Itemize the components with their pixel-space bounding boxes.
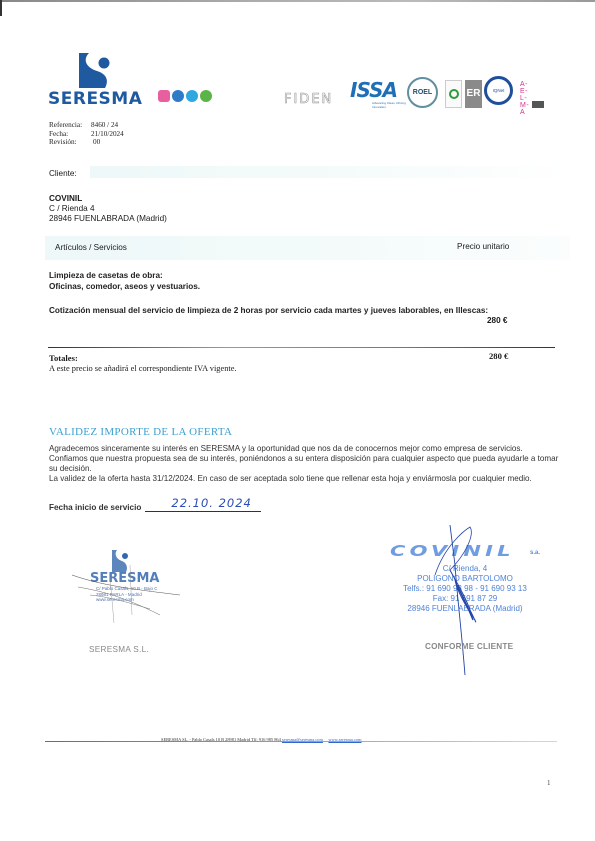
revision-label: Revisión: xyxy=(49,138,91,147)
chat-icon[interactable] xyxy=(186,90,198,102)
reference-label: Referencia: xyxy=(49,121,91,130)
column-price: Precio unitario xyxy=(457,242,509,251)
roel-logo: ROEL xyxy=(407,77,438,108)
client-signature xyxy=(395,525,495,675)
totals-value: 280 € xyxy=(489,351,508,361)
service-scope: Oficinas, comedor, aseos y vestuarios. xyxy=(49,282,200,293)
service-start-field[interactable]: 22.10. 2024 xyxy=(145,502,261,512)
service-start-row: Fecha inicio de servicio 22.10. 2024 xyxy=(49,502,261,512)
client-name: COVINIL xyxy=(49,194,82,204)
totals-label: Totales: xyxy=(49,353,78,363)
reference-value: 8460 / 24 xyxy=(91,121,118,130)
client-stamp-suffix: s.a. xyxy=(530,550,540,556)
footer-divider xyxy=(45,741,557,742)
client-caption: CONFORME CLIENTE xyxy=(425,642,513,651)
validity-body: Agradecemos sinceramente su interés en S… xyxy=(49,444,559,484)
seller-caption: SERESMA S.L. xyxy=(89,645,149,654)
validity-paragraph-1: Agradecemos sinceramente su interés en S… xyxy=(49,444,559,474)
document-meta: Referencia:8460 / 24 Fecha:21/10/2024 Re… xyxy=(49,121,124,147)
whatsapp-icon[interactable] xyxy=(200,90,212,102)
page-left-edge xyxy=(0,0,2,16)
aelma-badge-icon xyxy=(532,101,544,108)
client-city: 28946 FUENLABRADA (Madrid) xyxy=(49,214,167,224)
client-address: C / Rienda 4 28946 FUENLABRADA (Madrid) xyxy=(49,204,167,224)
revision-value: 00 xyxy=(91,138,100,147)
service-start-date: 22.10. 2024 xyxy=(171,496,252,510)
service-description: Limpieza de casetas de obra: Oficinas, c… xyxy=(49,271,200,292)
totals-divider xyxy=(48,347,555,348)
company-logo-text: SERESMA xyxy=(48,89,142,109)
aelma-logo: A-E-L-M-A xyxy=(520,81,529,116)
fiden-logo: FIDEN xyxy=(284,92,333,107)
seller-signature xyxy=(70,565,190,625)
validity-paragraph-2: La validez de la oferta hasta 31/12/2024… xyxy=(49,474,559,484)
iva-note: A este precio se añadirá el correspondie… xyxy=(49,364,237,373)
iqnet-logo: IQNet xyxy=(484,76,513,105)
date-label: Fecha: xyxy=(49,130,91,139)
instagram-icon[interactable] xyxy=(158,90,170,102)
date-value: 21/10/2024 xyxy=(91,130,124,139)
client-street: C / Rienda 4 xyxy=(49,204,167,214)
service-title: Limpieza de casetas de obra: xyxy=(49,271,200,282)
aenor-environment-icon xyxy=(445,80,462,108)
quote-price: 280 € xyxy=(487,316,508,325)
client-band xyxy=(90,166,570,178)
client-label: Cliente: xyxy=(49,169,77,178)
service-start-label: Fecha inicio de servicio xyxy=(49,503,141,512)
issa-tagline: Advancing Clean. Driving Innovation. xyxy=(372,102,412,109)
page-number: 1 xyxy=(547,779,551,787)
aenor-er-icon: ER xyxy=(465,80,482,108)
tumblr-icon[interactable] xyxy=(172,90,184,102)
column-items: Artículos / Servicios xyxy=(55,243,127,252)
page-top-edge xyxy=(0,0,595,2)
social-icons xyxy=(158,90,212,102)
quote-description: Cotización mensual del servicio de limpi… xyxy=(49,306,539,317)
seresma-logo-icon xyxy=(79,53,114,88)
validity-title: VALIDEZ IMPORTE DE LA OFERTA xyxy=(49,426,232,438)
issa-logo: ISSA xyxy=(350,78,397,102)
